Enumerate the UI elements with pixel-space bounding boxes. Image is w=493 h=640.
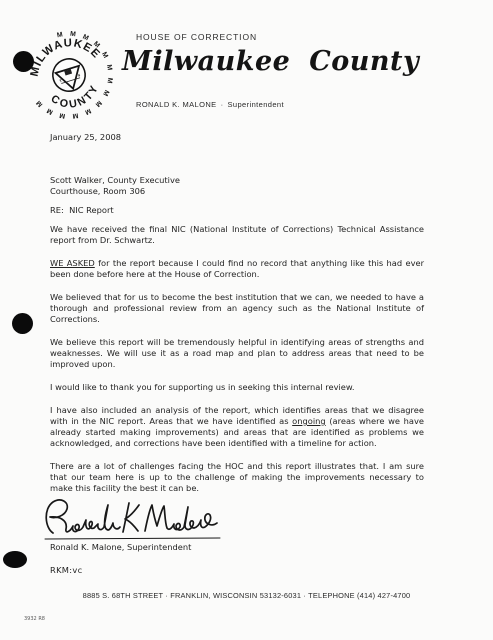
signed-name: Ronald K. Malone, Superintendent [50, 542, 191, 552]
superintendent-title: Superintendent [228, 100, 284, 109]
letter-paragraph: WE ASKED for the report because I could … [50, 258, 424, 280]
letter-date: January 25, 2008 [50, 132, 424, 143]
separator-dot: · [217, 100, 228, 109]
hole-punch-middle [12, 313, 33, 334]
signature-underline [45, 538, 220, 539]
underlined-text: ongoing [292, 416, 326, 426]
superintendent-line: RONALD K. MALONE·Superintendent [136, 100, 284, 109]
underlined-text: WE ASKED [50, 258, 95, 268]
seal-inner-circle [49, 55, 89, 95]
paragraph-text: I would like to thank you for supporting… [50, 382, 355, 392]
milwaukee-county-seal-icon: M M M M M M M M M M M M M M MILWAUKEE CO… [21, 29, 117, 123]
letter-paragraph: I would like to thank you for supporting… [50, 382, 424, 393]
paragraph-text: We have received the final NIC (National… [50, 224, 424, 245]
department-name: HOUSE OF CORRECTION [136, 32, 257, 42]
paragraph-text: We believed that for us to become the be… [50, 292, 424, 324]
subject-line: RE: NIC Report [50, 205, 424, 216]
letter-paragraph: We believed that for us to become the be… [50, 292, 424, 325]
letter-paragraphs: We have received the final NIC (National… [50, 224, 424, 494]
recipient-line: Courthouse, Room 306 [50, 186, 424, 197]
signature-stroke-malone [145, 505, 217, 531]
letter-page: M M M M M M M M M M M M M M MILWAUKEE CO… [0, 0, 493, 640]
letter-paragraph: There are a lot of challenges facing the… [50, 461, 424, 494]
paragraph-text: for the report because I could find no r… [50, 258, 424, 279]
letter-body: January 25, 2008 Scott Walker, County Ex… [50, 132, 424, 494]
county-wordmark: Milwaukee County [122, 46, 419, 77]
recipient-line: Scott Walker, County Executive [50, 175, 424, 186]
letter-paragraph: We believe this report will be tremendou… [50, 337, 424, 370]
footer-address: 8885 S. 68TH STREET · FRANKLIN, WISCONSI… [0, 591, 493, 600]
hole-punch-bottom [3, 551, 27, 568]
letter-paragraph: We have received the final NIC (National… [50, 224, 424, 246]
reference-initials: RKM:vc [50, 565, 82, 575]
form-number: 3932 R8 [24, 616, 45, 622]
paragraph-text: There are a lot of challenges facing the… [50, 461, 424, 493]
handwritten-signature [42, 495, 224, 543]
signature-stroke-ronald [46, 500, 120, 533]
paragraph-text: We believe this report will be tremendou… [50, 337, 424, 369]
recipient-address: Scott Walker, County ExecutiveCourthouse… [50, 175, 424, 197]
superintendent-name: RONALD K. MALONE [136, 100, 217, 109]
letter-paragraph: I have also included an analysis of the … [50, 405, 424, 449]
signature-stroke-k [123, 503, 139, 532]
